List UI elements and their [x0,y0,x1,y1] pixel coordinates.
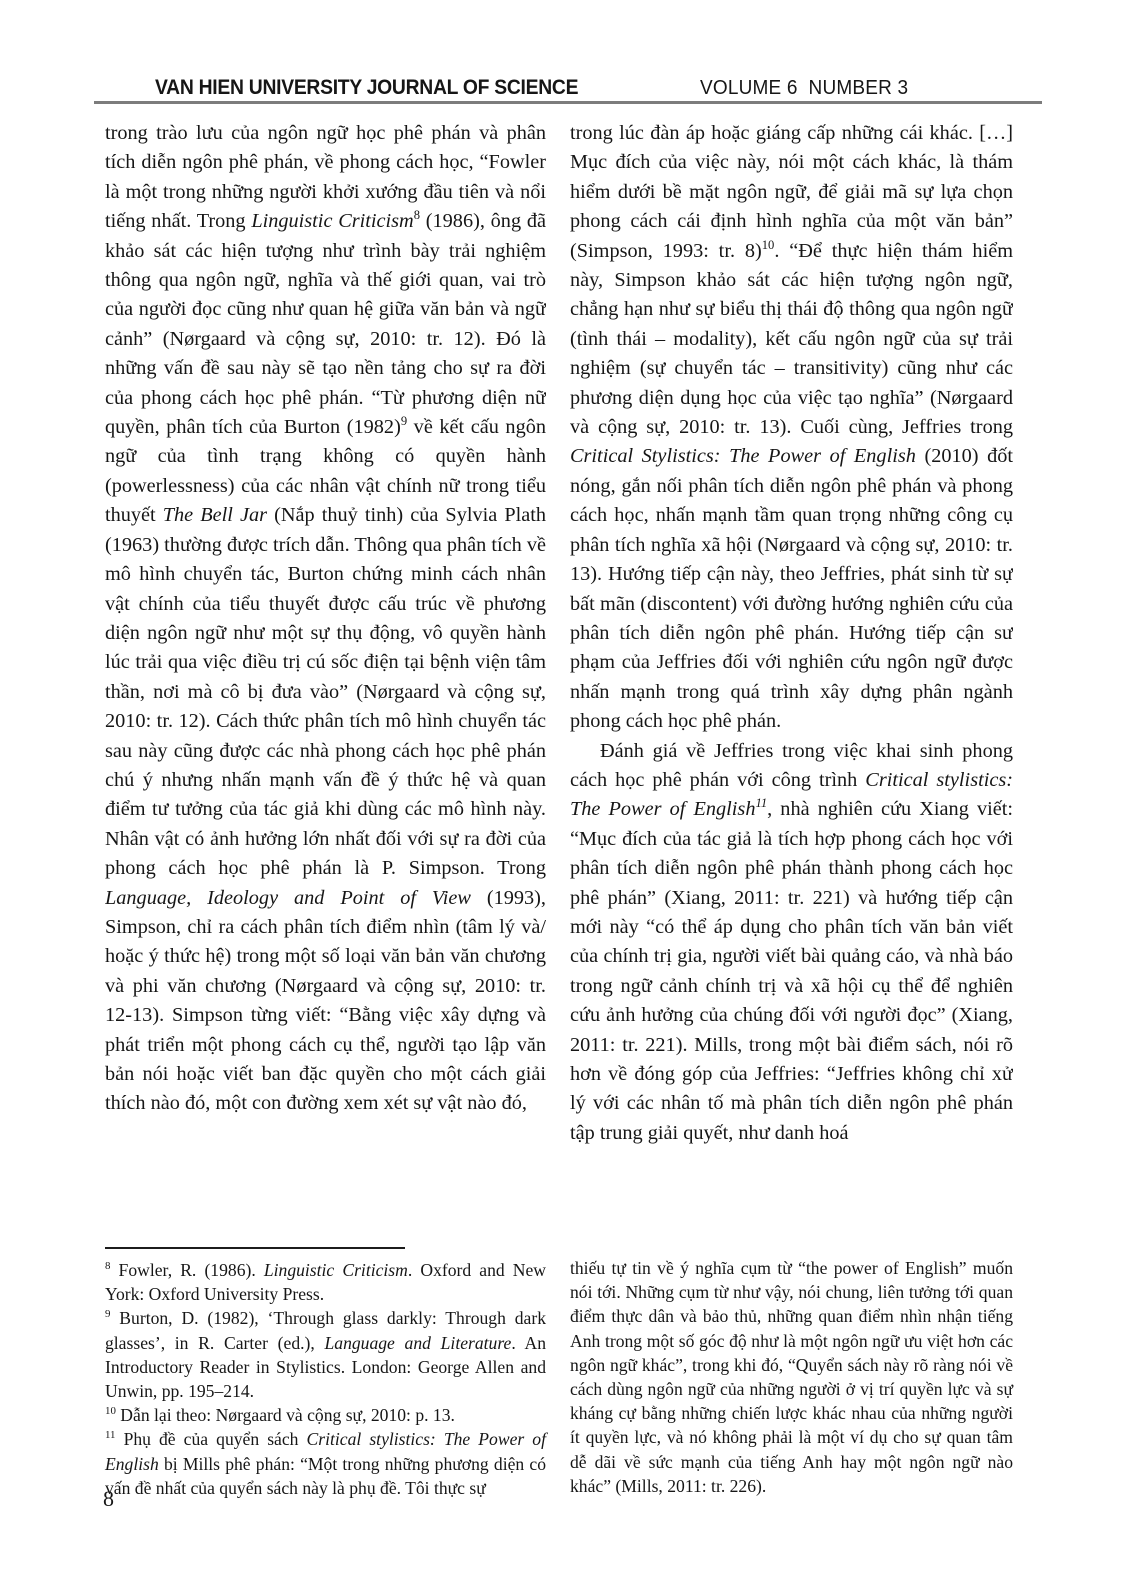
journal-title: VAN HIEN UNIVERSITY JOURNAL OF SCIENCE [155,76,578,100]
footnote: 10 Dẫn lại theo: Nørgaard và cộng sự, 20… [105,1403,546,1427]
body-column-left: trong trào lưu của ngôn ngữ học phê phán… [105,119,546,1243]
page-number: 8 [103,1486,114,1512]
footnote: 8 Fowler, R. (1986). Linguistic Criticis… [105,1258,546,1306]
footnote-separator [105,1247,405,1249]
footnote-continuation: thiếu tự tin về ý nghĩa cụm từ “the powe… [570,1256,1013,1498]
footnote: 9 Burton, D. (1982), ‘Through glass dark… [105,1306,546,1403]
body-paragraph: trong trào lưu của ngôn ngữ học phê phán… [105,119,546,1119]
body-paragraph: trong lúc đàn áp hoặc giáng cấp những cá… [570,119,1013,737]
header-rule [94,101,1042,104]
issue-info: VOLUME 6 NUMBER 3 [700,77,908,100]
body-paragraph: Đánh giá về Jeffries trong việc khai sin… [570,737,1013,1149]
footnote: 11 Phụ đề của quyển sách Critical stylis… [105,1427,546,1500]
body-column-right: trong lúc đàn áp hoặc giáng cấp những cá… [570,119,1013,1243]
footnotes-left: 8 Fowler, R. (1986). Linguistic Criticis… [105,1258,546,1500]
journal-page: VAN HIEN UNIVERSITY JOURNAL OF SCIENCE V… [0,0,1122,1594]
footnotes-right: thiếu tự tin về ý nghĩa cụm từ “the powe… [570,1256,1013,1498]
